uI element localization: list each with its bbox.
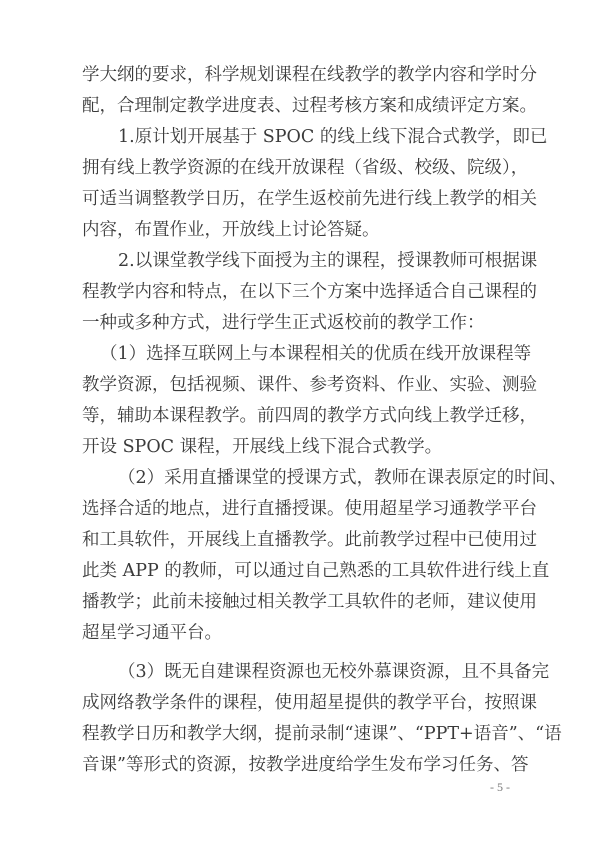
text-line: 选择合适的地点，进行直播授课。使用超星学习通教学平台 <box>82 497 516 521</box>
text-line: 拥有线上教学资源的在线开放课程（省级、校级、院级）， <box>82 156 516 180</box>
text-line: 开设 SPOC 课程，开展线上线下混合式教学。 <box>82 435 516 459</box>
text-line: 成网络教学条件的课程，使用超星提供的教学平台，按照课 <box>82 691 516 715</box>
page-number: - 5 - <box>480 780 520 795</box>
text-line: 内容，布置作业，开放线上讨论答疑。 <box>82 218 516 242</box>
text-line: （1）选择互联网上与本课程相关的优质在线开放课程等 <box>100 342 516 366</box>
text-line: 可适当调整教学日历，在学生返校前先进行线上教学的相关 <box>82 187 516 211</box>
text-line: 教学资源，包括视频、课件、参考资料、作业、实验、测验 <box>82 373 516 397</box>
text-line: 播教学；此前未接触过相关教学工具软件的老师，建议使用 <box>82 590 516 614</box>
text-line: 和工具软件，开展线上直播教学。此前教学过程中已使用过 <box>82 528 516 552</box>
text-line: 学大纲的要求，科学规划课程在线教学的教学内容和学时分 <box>82 63 516 87</box>
text-line: 程教学日历和教学大纲，提前录制“速课”、“PPT+语音”、“语 <box>82 722 516 746</box>
text-line: 音课”等形式的资源，按教学进度给学生发布学习任务、答 <box>82 753 516 777</box>
text-line: 配，合理制定教学进度表、过程考核方案和成绩评定方案。 <box>82 94 516 118</box>
document-page: 学大纲的要求，科学规划课程在线教学的教学内容和学时分配，合理制定教学进度表、过程… <box>0 0 607 849</box>
text-line: （3）既无自建课程资源也无校外慕课资源，且不具备完 <box>118 660 516 684</box>
text-line: 一种或多种方式，进行学生正式返校前的教学工作： <box>82 311 516 335</box>
text-line: 程教学内容和特点，在以下三个方案中选择适合自己课程的 <box>82 280 516 304</box>
text-line: 此类 APP 的教师，可以通过自己熟悉的工具软件进行线上直 <box>82 559 516 583</box>
text-line: （2）采用直播课堂的授课方式，教师在课表原定的时间、 <box>118 466 516 490</box>
text-line: 1.原计划开展基于 SPOC 的线上线下混合式教学，即已 <box>118 125 516 149</box>
text-line: 等，辅助本课程教学。前四周的教学方式向线上教学迁移， <box>82 404 516 428</box>
text-line: 超星学习通平台。 <box>82 621 516 645</box>
text-line: 2.以课堂教学线下面授为主的课程，授课教师可根据课 <box>118 249 516 273</box>
